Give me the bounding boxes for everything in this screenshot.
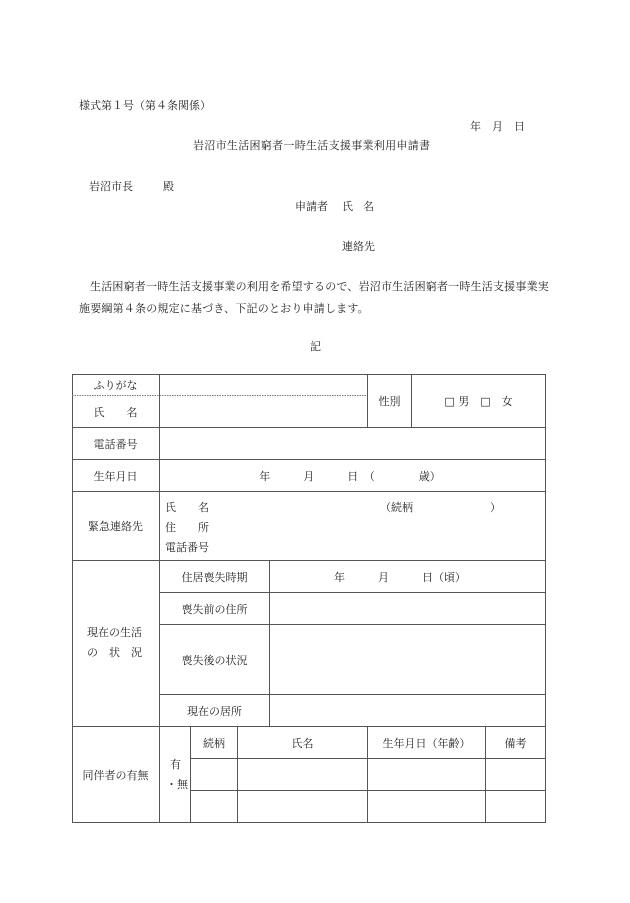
emergency-relation-label: （続柄 ） [380, 499, 501, 515]
emergency-name-label: 氏 名 [165, 499, 209, 515]
living-label-line1: 現在の生活 [87, 623, 142, 643]
furigana-label: ふりがな [72, 374, 159, 395]
prev-address-label: 喪失前の住所 [160, 593, 269, 624]
current-residence-field[interactable] [270, 695, 545, 726]
companion-yes[interactable]: 有 [166, 755, 188, 775]
companion-row-1-relation[interactable] [191, 759, 237, 790]
current-residence-label: 現在の居所 [160, 695, 269, 726]
emergency-phone-label: 電話番号 [165, 539, 209, 555]
companion-header-birth: 生年月日（年齢） [368, 727, 485, 758]
name-label: 氏 名 [72, 396, 159, 427]
companion-no[interactable]: ・無 [166, 775, 188, 795]
companion-header-notes: 備考 [486, 727, 545, 758]
gender-label: 性別 [368, 374, 411, 427]
prev-address-field[interactable] [270, 593, 545, 624]
living-situation-label: 現在の生活 の 状 況 [87, 623, 142, 663]
companion-row-2-birth[interactable] [368, 791, 485, 822]
companion-row-1-birth[interactable] [368, 759, 485, 790]
living-label-line2: の 状 況 [87, 643, 142, 663]
companion-row-2-notes[interactable] [486, 791, 545, 822]
companion-row-2-name[interactable] [238, 791, 367, 822]
name-field[interactable] [160, 396, 367, 427]
phone-field[interactable] [160, 428, 545, 459]
birth-field[interactable]: 年 月 日 （ 歳） [200, 460, 500, 491]
companion-row-1-notes[interactable] [486, 759, 545, 790]
gender-options[interactable]: □ 男 □ 女 [412, 374, 545, 427]
emergency-address-label: 住 所 [165, 519, 209, 535]
companion-row-2-relation[interactable] [191, 791, 237, 822]
furigana-field[interactable] [160, 374, 367, 395]
phone-label: 電話番号 [72, 428, 159, 459]
emergency-label: 緊急連絡先 [72, 492, 159, 560]
loss-time-label: 住居喪失時期 [160, 561, 269, 592]
companion-label: 同伴者の有無 [72, 727, 159, 822]
after-loss-label: 喪失後の状況 [160, 625, 269, 694]
companion-header-name: 氏名 [238, 727, 367, 758]
loss-time-field[interactable]: 年 月 日（頃） [300, 561, 500, 592]
companion-row-1-name[interactable] [238, 759, 367, 790]
birth-label: 生年月日 [72, 460, 159, 491]
after-loss-field[interactable] [270, 625, 545, 694]
companion-yes-no[interactable]: 有 ・無 [166, 755, 188, 795]
companion-header-relation: 続柄 [191, 727, 237, 758]
